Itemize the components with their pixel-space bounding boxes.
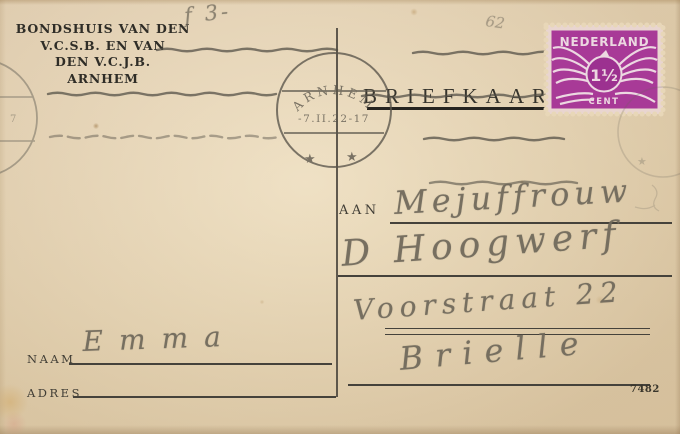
postmark-circle xyxy=(0,59,37,177)
cancel-wavy-line xyxy=(424,138,564,141)
faint-pencil-marks xyxy=(635,185,659,211)
postmark-bars xyxy=(0,97,35,141)
postage-stamp: NEDERLAND 1½ CENT xyxy=(546,25,663,114)
stamp-unit: CENT xyxy=(589,97,620,107)
postmark-circle xyxy=(277,53,391,167)
cancel-wavy-line xyxy=(413,52,553,55)
postcard: BONDSHUIS VAN DEN V.C.S.B. EN VAN DEN V.… xyxy=(0,0,680,434)
price-note-handwriting: f 3- xyxy=(183,0,232,28)
postmark-star-icon: ★ xyxy=(346,150,358,165)
postmark-city-arc: ARNHEM xyxy=(288,82,378,115)
arnhem-postmark: ARNHEM -7.II.22-17 ★ ★ xyxy=(277,53,391,167)
postmark-date: -7.II.22-17 xyxy=(298,113,370,125)
postmark-city: ARNHEM xyxy=(288,82,378,115)
stamp-value: 1½ xyxy=(590,66,618,85)
stamp-country: NEDERLAND xyxy=(560,35,650,49)
scribble-handwriting: 62 xyxy=(484,12,505,32)
cancel-wavy-line xyxy=(48,93,276,96)
cancel-wavy-line xyxy=(50,136,278,139)
sender-name-handwriting: Emma xyxy=(82,320,237,358)
postmark-star-icon: ★ xyxy=(637,155,647,168)
postmark-left-partial: 7 xyxy=(0,59,37,177)
cancel-wavy-line xyxy=(362,95,572,98)
postmark-fragment: 7 xyxy=(10,114,16,125)
cancel-wavy-line xyxy=(157,49,337,52)
postmark-star-icon: ★ xyxy=(304,152,316,167)
